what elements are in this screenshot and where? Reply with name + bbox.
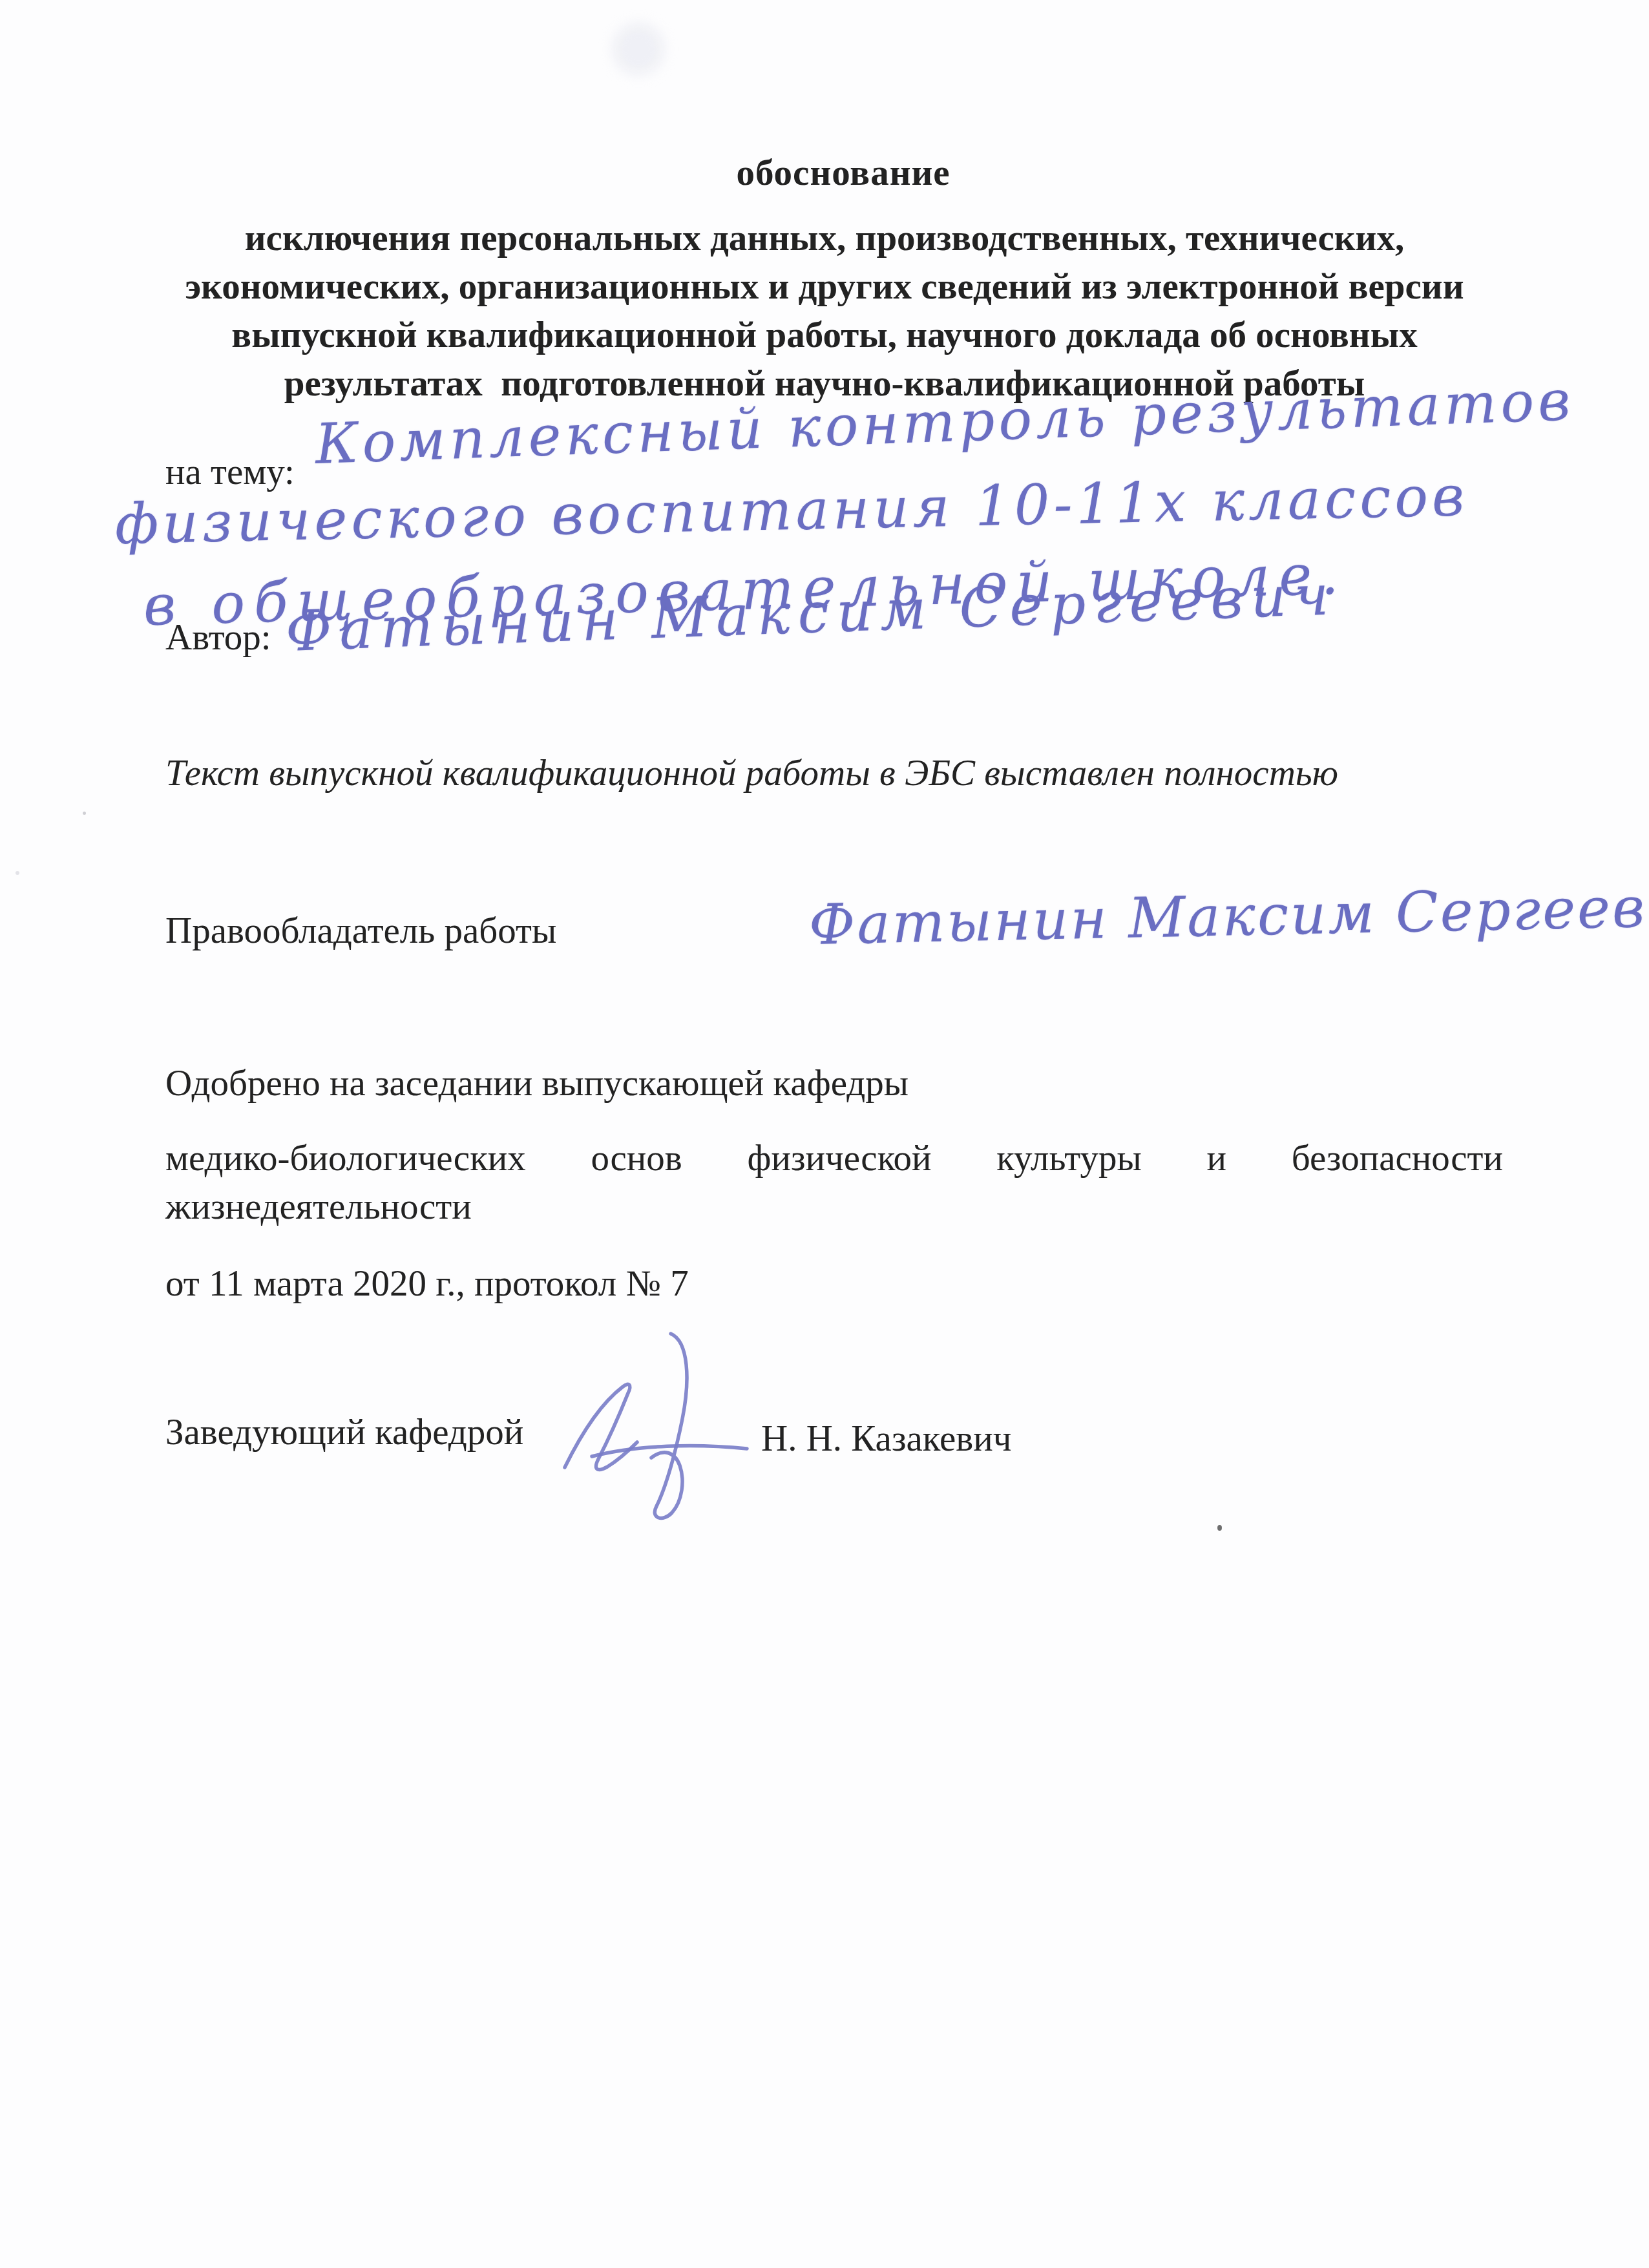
scan-speck [1217, 1525, 1222, 1531]
subtitle-line-3: выпускной квалификационной работы, научн… [0, 311, 1649, 359]
topic-handwriting-line-2: физического воспитания 10-11х классов [114, 464, 1469, 557]
author-label: Автор: [165, 618, 271, 658]
topic-label: на тему: [165, 452, 295, 492]
copyright-holder-signature: Фатынин Максим Сергеевич. [808, 874, 1649, 958]
signature-scribble [553, 1322, 753, 1522]
scan-smudge [613, 23, 664, 75]
subtitle-line-1: исключения персональных данных, производ… [0, 214, 1649, 262]
head-of-department-label: Заведующий кафедрой [165, 1412, 523, 1453]
copyright-holder-label: Правообладатель работы [165, 911, 556, 951]
scan-speck [83, 812, 86, 815]
head-of-department-name: Н. Н. Казакевич [761, 1419, 1011, 1459]
protocol-line: от 11 марта 2020 г., протокол № 7 [165, 1264, 689, 1304]
document-title: обоснование [0, 154, 1649, 193]
approval-line: Одобрено на заседании выпускающей кафедр… [165, 1064, 909, 1104]
department-line-2: жизнедеятельности [165, 1187, 472, 1227]
subtitle-line-2: экономических, организационных и других … [0, 262, 1649, 311]
ebs-statement: Текст выпускной квалификационной работы … [165, 753, 1338, 793]
scan-speck [16, 871, 19, 875]
department-line-1: медико-биологических основ физической ку… [165, 1139, 1503, 1179]
scanned-document-page: обоснование исключения персональных данн… [0, 0, 1649, 2268]
